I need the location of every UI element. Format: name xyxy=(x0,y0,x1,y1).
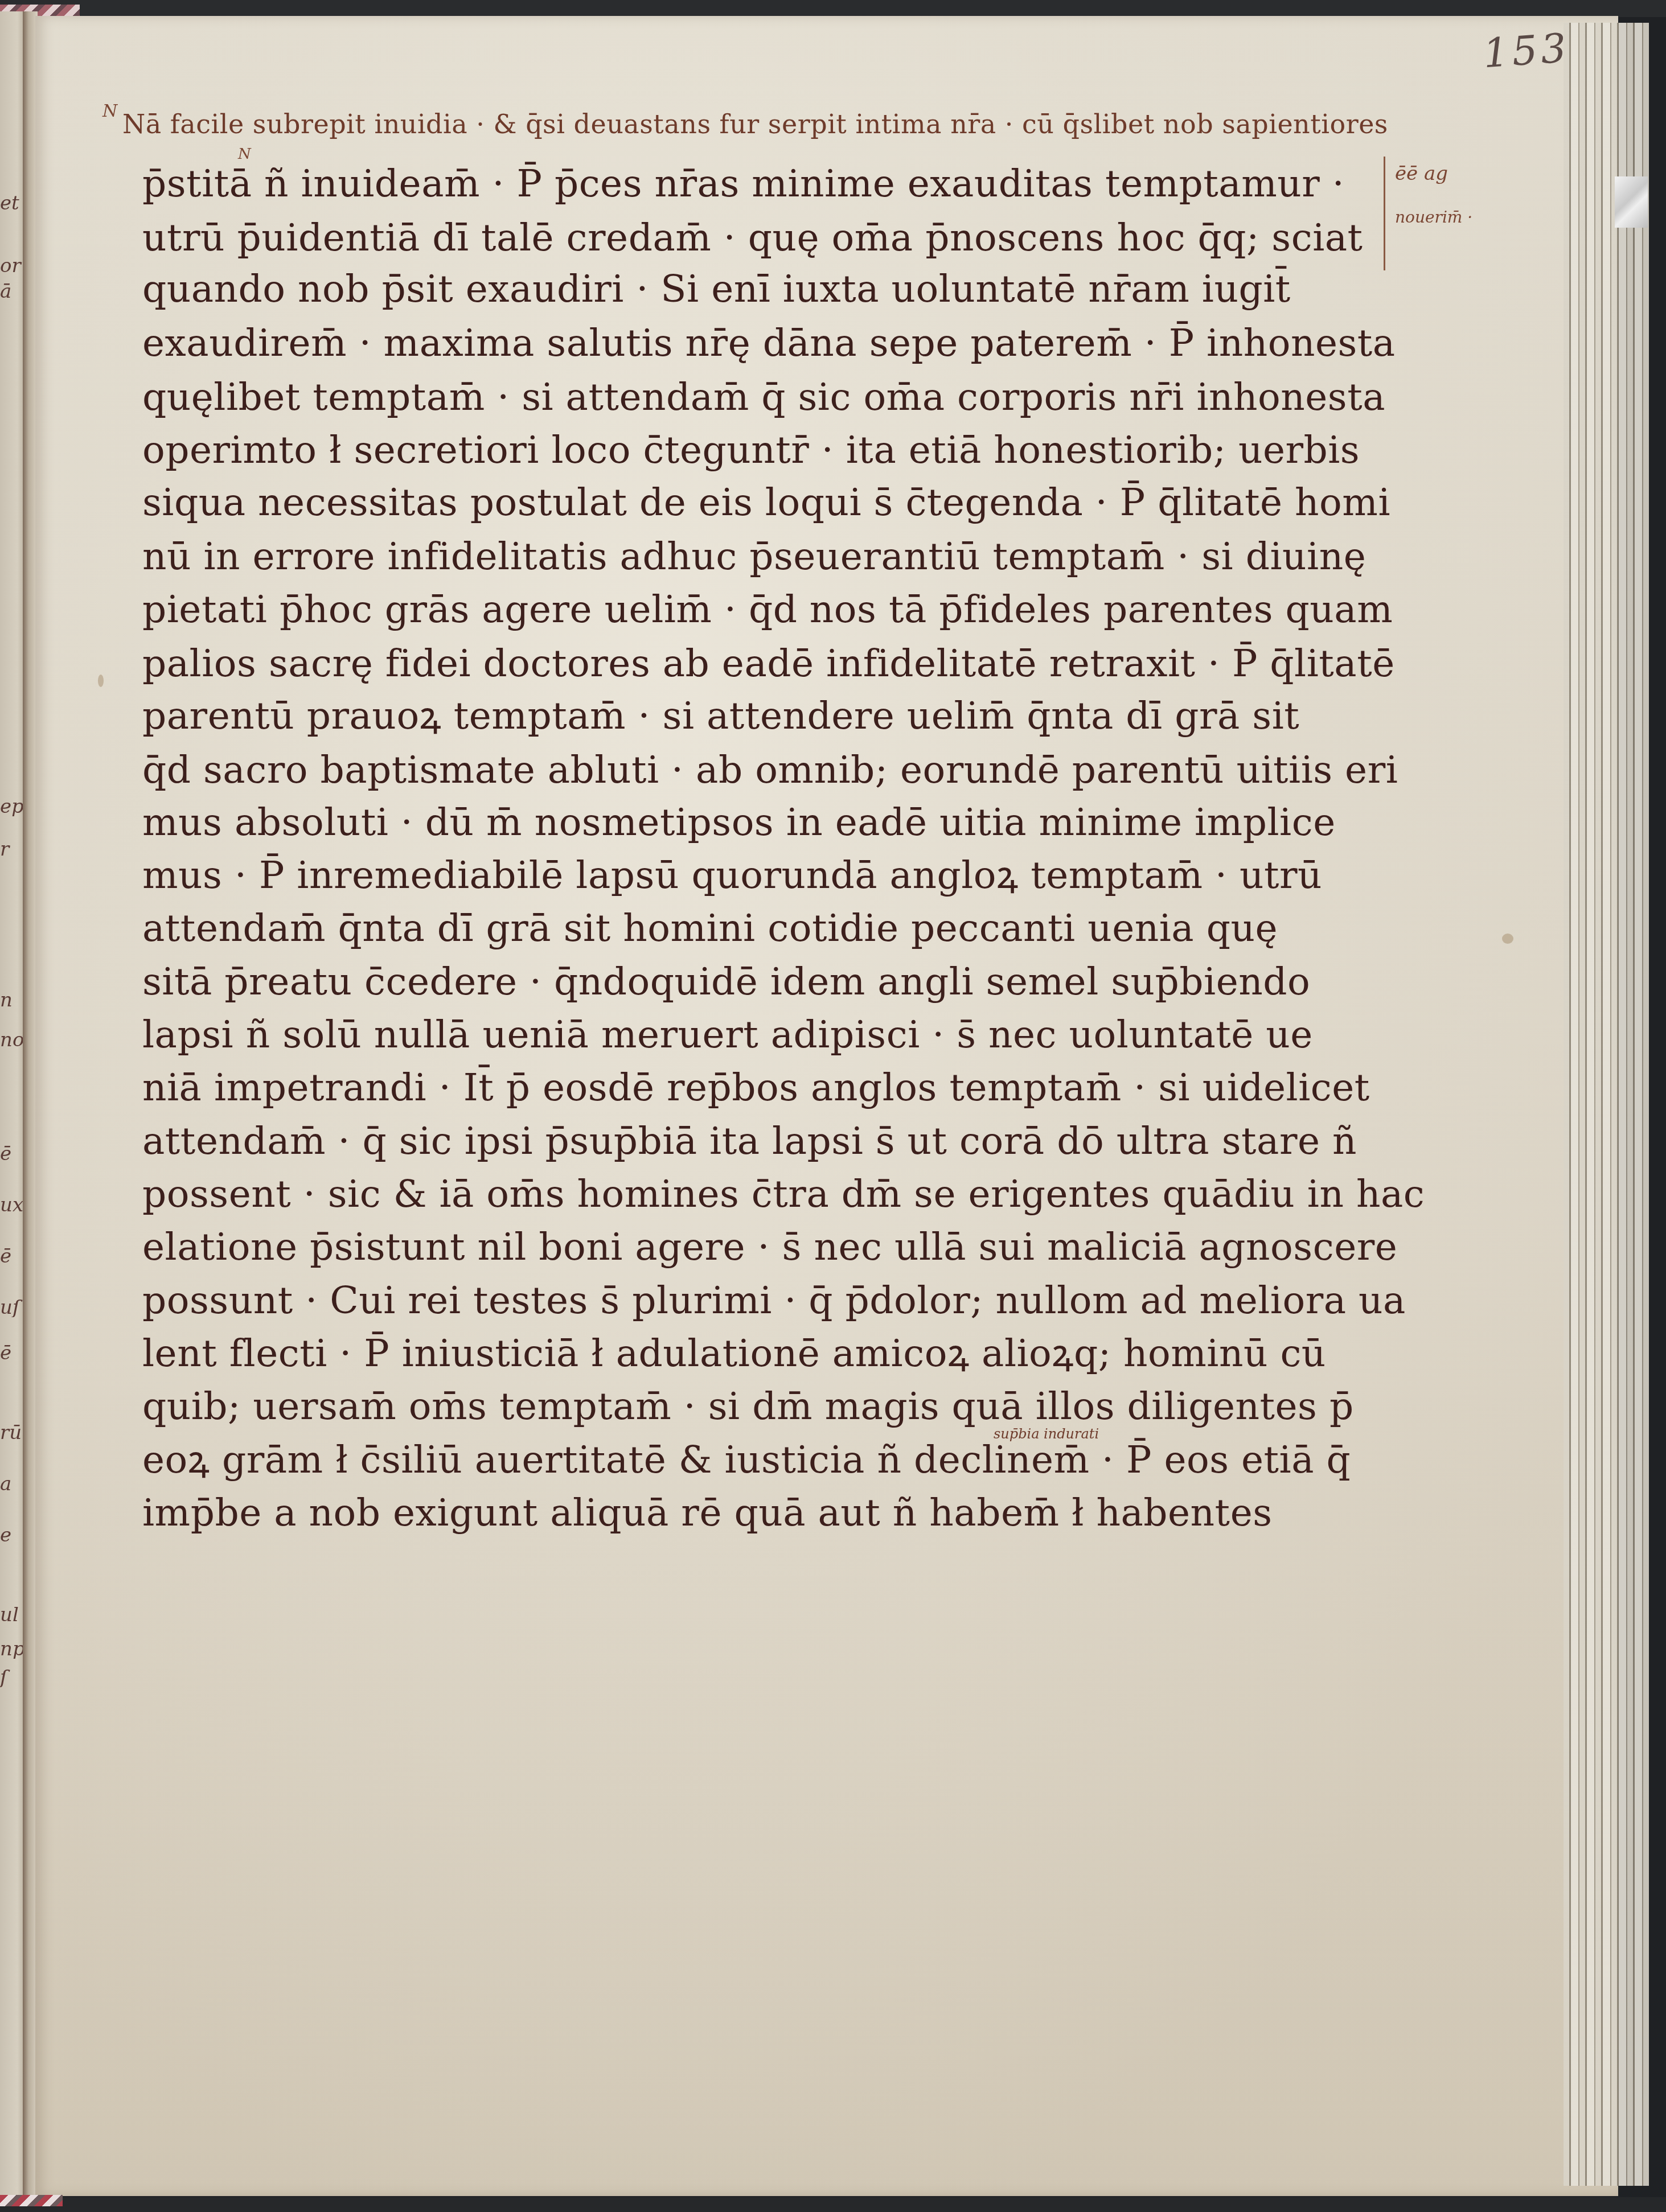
margin-gloss: ēē ag xyxy=(1395,162,1448,185)
text-line: palios sacrę fidei doctores ab eadē infi… xyxy=(142,645,1395,682)
text-line: quęlibet temptam̄ · si attendam̄ q̄ sic … xyxy=(142,379,1385,416)
facing-page-fragment: e xyxy=(0,1526,25,1545)
binding-bottom-edge xyxy=(0,2197,1666,2212)
margin-gloss-bracket xyxy=(1384,157,1385,270)
facing-page-fragment: ſ xyxy=(0,1668,25,1687)
text-line: attendam̄ q̄nta dī grā sit homini cotidi… xyxy=(142,910,1278,947)
facing-page-fragment: et xyxy=(0,194,25,213)
ink-spot xyxy=(1502,934,1513,944)
interlinear-gloss: sup̄bia indurati xyxy=(994,1426,1099,1442)
facing-page-fragment: or xyxy=(0,256,25,276)
text-line: possunt · Cui rei testes s̄ plurimi · q̄… xyxy=(142,1282,1406,1319)
text-line: nū in errore infidelitatis adhuc p̄seuer… xyxy=(142,538,1366,575)
facing-page-fragment: ux xyxy=(0,1195,25,1215)
facing-page-fragment: ul xyxy=(0,1605,25,1625)
text-line: niā impetrandi · It̄ p̄ eosdē rep̄bos an… xyxy=(142,1069,1370,1107)
facing-page-fragment: n xyxy=(0,990,25,1010)
text-line: attendam̄ · q̄ sic ipsi p̄sup̄biā ita la… xyxy=(142,1123,1357,1160)
facing-page-fragment: no xyxy=(0,1030,25,1050)
facing-page-fragment: np xyxy=(0,1639,25,1659)
folio-number: 153 xyxy=(1482,24,1571,77)
text-line: parentū prauoꝝ temptam̄ · si attendere u… xyxy=(142,697,1299,735)
text-line: imp̄be a nob exigunt aliquā rē quā aut ñ… xyxy=(142,1494,1273,1532)
facing-page-fragment: rū xyxy=(0,1423,25,1442)
nota-mark: N xyxy=(238,146,251,163)
nota-mark: N xyxy=(102,101,117,121)
text-line: eoꝝ grām ł c̄siliū auertitatē & iusticia… xyxy=(142,1441,1351,1479)
text-line: lapsi ñ solū nullā ueniā meruert adipisc… xyxy=(142,1016,1313,1054)
text-line: p̄stitā ñ inuideam̄ · P̄ p̄ces nr̄as min… xyxy=(142,165,1344,203)
facing-page-fragment: ē xyxy=(0,1144,25,1163)
text-line: possent · sic & iā om̄s homines c̄tra dm… xyxy=(142,1175,1425,1213)
ink-spot xyxy=(98,675,104,687)
text-line: q̄d sacro baptismate abluti · ab omnib; … xyxy=(142,751,1398,789)
facing-page-fragment: ē xyxy=(0,1247,25,1266)
bookmark-tab xyxy=(1615,176,1648,228)
facing-page-edge: et or ā epi r n no ē ux ē uſ ē rū a e ul… xyxy=(0,11,25,2197)
facing-page-fragment: uſ xyxy=(0,1298,25,1317)
text-line: elatione p̄sistunt nil boni agere · s̄ n… xyxy=(142,1228,1397,1266)
text-line: pietati p̄hoc grās agere uelim̄ · q̄d no… xyxy=(142,591,1393,628)
facing-page-fragment: ē xyxy=(0,1343,25,1363)
text-line: siqua necessitas postulat de eis loqui s… xyxy=(142,484,1390,521)
text-line: utrū p̄uidentiā dī talē credam̄ · quę om… xyxy=(142,219,1363,257)
headband-bottom xyxy=(0,2195,63,2206)
text-line-rubric: Nā facile subrepit inuidia · & q̄si deua… xyxy=(122,111,1388,137)
facing-page-fragment: ā xyxy=(0,282,25,301)
facing-page-fragment: epi xyxy=(0,797,25,816)
text-line: lent flecti · P̄ iniusticiā ł adulationē… xyxy=(142,1335,1326,1372)
text-line: sitā p̄reatu c̄cedere · q̄ndoquidē idem … xyxy=(142,963,1310,1001)
binding-top-edge xyxy=(0,0,1666,17)
text-line: quib; uersam̄ om̄s temptam̄ · si dm̄ mag… xyxy=(142,1388,1354,1425)
facing-page-fragment: a xyxy=(0,1474,25,1494)
facing-page-fragment: r xyxy=(0,840,25,859)
text-line: mus absoluti · dū m̄ nosmetipsos in eadē… xyxy=(142,804,1336,841)
page-edge-stack xyxy=(1564,23,1649,2186)
text-line: exaudirem̄ · maxima salutis nr̄ę dāna se… xyxy=(142,324,1396,362)
text-line: operimto ł secretiori loco c̄teguntr̄ · … xyxy=(142,431,1360,469)
margin-gloss: nouerim̄ · xyxy=(1395,208,1472,227)
text-line: quando nob p̄sit exaudiri · Si enī iuxta… xyxy=(142,270,1291,308)
text-line: mus · P̄ inremediabilē lapsū quorundā an… xyxy=(142,857,1322,894)
